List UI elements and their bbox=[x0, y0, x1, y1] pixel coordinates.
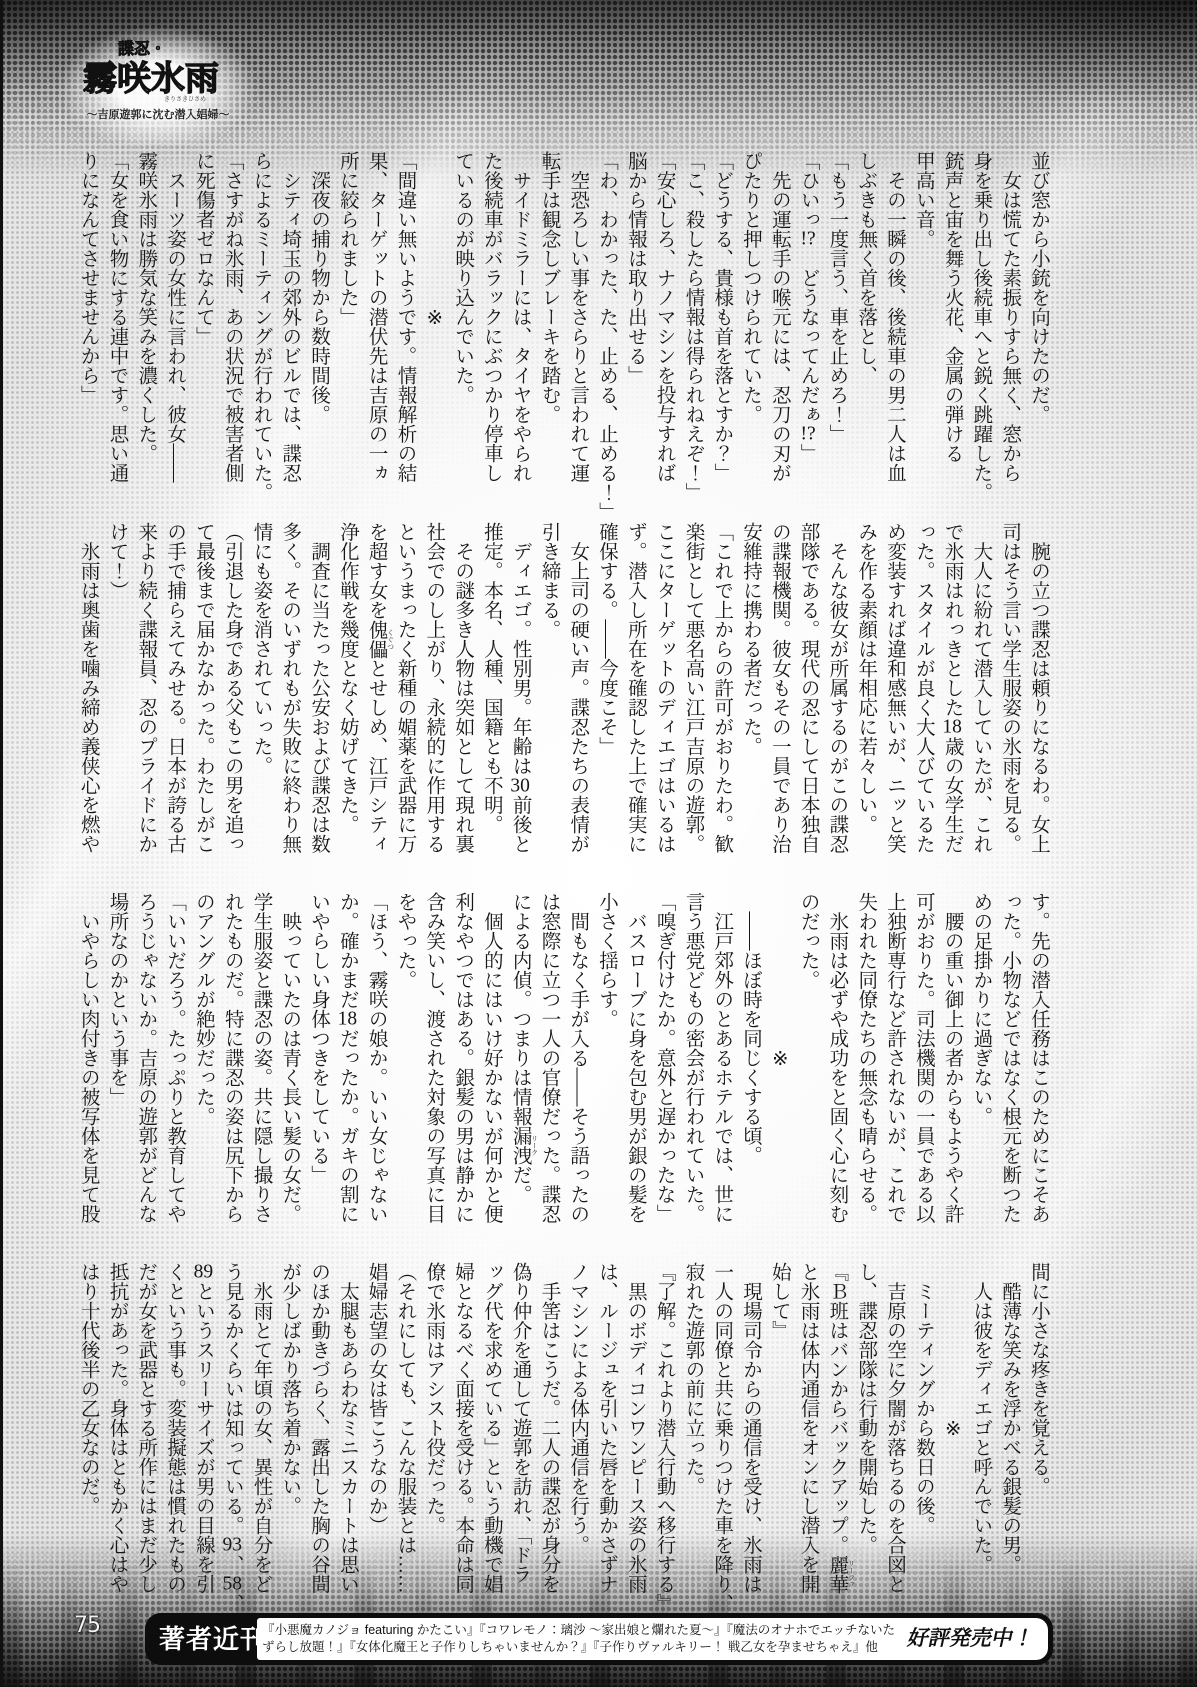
text-column: 「間違い無いようです。情報解析の結 bbox=[390, 151, 419, 483]
text-column: 先の運転手の喉元には、忍刀の刃が bbox=[764, 151, 793, 483]
text-column: サイドミラーには、タイヤをやられ bbox=[505, 151, 534, 483]
text-column: と氷雨は体内通信をオンにし潜入を開 bbox=[793, 1262, 822, 1594]
author-new-releases-banner: 著者近刊 『小悪魔カノジョ featuring かたこい』『コワレモノ：璃沙 ～… bbox=[145, 1613, 1053, 1665]
text-column: だが女を武器とする所作にはまだ少し bbox=[131, 1262, 160, 1594]
text-column: らによるミーティングが行われていた。 bbox=[246, 151, 275, 483]
text-column: 寂れた遊郭の前に立った。 bbox=[678, 1262, 707, 1594]
text-column: 氷雨とて年頃の女、異性が自分をど bbox=[246, 1262, 275, 1594]
text-column: （引退した身である父もこの男を追っ bbox=[217, 522, 246, 854]
text-column: 女上司の硬い声。諜忍たちの表情が bbox=[562, 522, 591, 854]
text-column: （それにしても、こんな服装とは…… bbox=[390, 1262, 419, 1594]
text-column: を超す女を傀儡くぐつとせしめ、江戸シティ bbox=[361, 522, 390, 854]
text-tier-4: 間に小さな疼きを覚える。 酷薄な笑みを浮かべる銀髪の男。 人は彼をディエゴと呼ん… bbox=[72, 1262, 1052, 1594]
text-column: 氷雨は必ずや成功をと固く心に刻む bbox=[822, 892, 851, 1224]
text-column: はり十代後半の乙女なのだ。 bbox=[73, 1262, 102, 1594]
text-column: 人は彼をディエゴと呼んでいた。 bbox=[966, 1262, 995, 1594]
text-column: 安維持に携わる者だった。 bbox=[735, 522, 764, 854]
text-column: 学生服姿と諜忍の姿。共に隠し撮りさ bbox=[246, 892, 275, 1224]
text-column: 甲高い音。 bbox=[908, 151, 937, 483]
text-column: ぴたりと押しつけられていた。 bbox=[735, 151, 764, 483]
text-column: めの足掛かりに過ぎない。 bbox=[966, 892, 995, 1224]
text-column: 言う悪党どもの密会が行われていた。 bbox=[678, 892, 707, 1224]
text-column: 江戸郊外のとあるホテルでは、世に bbox=[706, 892, 735, 1224]
promo-titles-box: 『小悪魔カノジョ featuring かたこい』『コワレモノ：璃沙 ～家出娘と爛… bbox=[257, 1618, 1048, 1660]
text-column: いやらしい肉付きの被写体を見て股 bbox=[73, 892, 102, 1224]
text-column: 確保する。――今度こそ」 bbox=[591, 522, 620, 854]
text-column: 楽街として悪名高い江戸吉原の遊郭。 bbox=[678, 522, 707, 854]
text-column: による内偵。つまりは情報漏洩リークだ。 bbox=[505, 892, 534, 1224]
text-column: 場所なのかという事を」 bbox=[102, 892, 131, 1224]
text-column: ろうじゃないか。吉原の遊郭がどんな bbox=[131, 892, 160, 1224]
text-column: 転手は観念しブレーキを踏む。 bbox=[534, 151, 563, 483]
text-column: 引き締まる。 bbox=[534, 522, 563, 854]
text-column: の諜報機関。彼女もその一員であり治 bbox=[764, 522, 793, 854]
text-column: シティ埼玉の郊外のビルでは、諜忍 bbox=[274, 151, 303, 483]
text-column: で氷雨はれっきとした18歳の女学生だ bbox=[937, 522, 966, 854]
text-column: 部隊である。現代の忍にして日本独自 bbox=[793, 522, 822, 854]
text-column: す。先の潜入任務はこのためにこそあ bbox=[1023, 892, 1052, 1224]
text-column: のアングルが絶妙だった。 bbox=[188, 892, 217, 1224]
text-column: 『Ｂ班はバンからバックアップ。麗華リーファ bbox=[822, 1262, 851, 1594]
text-column: が少しばかり落ち着かない。 bbox=[274, 1262, 303, 1594]
text-column: 氷雨は奥歯を噛み締め義侠心を燃や bbox=[73, 522, 102, 854]
text-column: 映っていたのは青く長い髪の女だ。 bbox=[274, 892, 303, 1224]
text-column: った。小物などではなく根元を断つた bbox=[994, 892, 1023, 1224]
promo-label: 著者近刊 bbox=[159, 1621, 267, 1657]
promo-titles-line-1: 『小悪魔カノジョ featuring かたこい』『コワレモノ：璃沙 ～家出娘と爛… bbox=[262, 1622, 895, 1639]
page-number: 75 bbox=[74, 1612, 100, 1640]
text-column: 脳から情報は取り出せる」 bbox=[620, 151, 649, 483]
text-column: スーツ姿の女性に言われ、彼女―― bbox=[159, 151, 188, 483]
section-break-mark: ※ bbox=[418, 151, 447, 483]
text-column: 「嗅ぎ付けたか。意外と遅かったな」 bbox=[649, 892, 678, 1224]
logo-series-prefix: 諜忍・ bbox=[118, 40, 166, 58]
text-tier-2: 腕の立つ諜忍は頼りになるわ。女上 司はそう言い学生服姿の氷雨を見る。 大人に紛れ… bbox=[72, 522, 1052, 854]
text-column: のだった。 bbox=[793, 892, 822, 1224]
text-column: ノマシンによる体内通信を行う。 bbox=[562, 1262, 591, 1594]
section-break-mark: ※ bbox=[937, 1262, 966, 1594]
text-column: けて！） bbox=[102, 522, 131, 854]
text-column: 太腿もあらわなミニスカートは思い bbox=[332, 1262, 361, 1594]
text-column: 「ひいっ!? どうなってんだぁ!?」 bbox=[793, 151, 822, 483]
text-column: 僚で氷雨はアシスト役だった。 bbox=[418, 1262, 447, 1594]
promo-titles: 『小悪魔カノジョ featuring かたこい』『コワレモノ：璃沙 ～家出娘と爛… bbox=[262, 1622, 895, 1656]
text-column: 「わ、わかった、た、止める、止める！」 bbox=[591, 151, 620, 483]
text-column: 個人的にはいけ好かないが何かと便 bbox=[476, 892, 505, 1224]
text-column: 「安心しろ、ナノマシンを投与すれば bbox=[649, 151, 678, 483]
text-column: 「これで上からの許可がおりたわ。歓 bbox=[706, 522, 735, 854]
text-column: 婦となるべく面接を受ける。本命は同 bbox=[447, 1262, 476, 1594]
text-column: 間に小さな疼きを覚える。 bbox=[1023, 1262, 1052, 1594]
text-column: 「どうする、貴様も首を落とすか？」 bbox=[706, 151, 735, 483]
text-column: りになんてさせませんから」 bbox=[73, 151, 102, 483]
text-column: は窓際に立つ一人の官僚だった。諜忍 bbox=[534, 892, 563, 1224]
text-column: 「女を食い物にする連中です。思い通 bbox=[102, 151, 131, 483]
text-column: 偽り仲介を通して遊郭を訪れ、「ドラ bbox=[505, 1262, 534, 1594]
text-column: 現場司令からの通信を受け、氷雨は bbox=[735, 1262, 764, 1594]
text-column: 「こ、殺したら情報は得られねえぞ！」 bbox=[678, 151, 707, 483]
text-column: 深夜の捕り物から数時間後。 bbox=[303, 151, 332, 483]
text-column: 含み笑いし、渡された対象の写真に目 bbox=[418, 892, 447, 1224]
text-column: 吉原の空に夕闇が落ちるのを合図と bbox=[879, 1262, 908, 1594]
text-column: みを作る素顔は年相応に若々しい。 bbox=[850, 522, 879, 854]
text-column: 「ほう、霧咲の娘か。いい女じゃない bbox=[361, 892, 390, 1224]
text-column: 大人に紛れて潜入していたが、これ bbox=[966, 522, 995, 854]
text-column: 失われた同僚たちの無念も晴らせる。 bbox=[850, 892, 879, 1224]
text-column: いやらしい身体つきをしている」 bbox=[303, 892, 332, 1224]
on-sale-now-label: 好評発売中！ bbox=[905, 1623, 1038, 1655]
text-column: 89というスリーサイズが男の目線を引 bbox=[188, 1262, 217, 1594]
text-column: 利なやつではある。銀髪の男は静かに bbox=[447, 892, 476, 1224]
text-column: ミーティングから数日の後。 bbox=[908, 1262, 937, 1594]
text-column: 並び窓から小銃を向けたのだ。 bbox=[1023, 151, 1052, 483]
text-column: 酷薄な笑みを浮かべる銀髪の男。 bbox=[994, 1262, 1023, 1594]
logo-title-ruby: きりさきひさめ bbox=[164, 97, 206, 103]
text-column: 司はそう言い学生服姿の氷雨を見る。 bbox=[994, 522, 1023, 854]
text-column: 『了解。これより潜入行動へ移行する』 bbox=[649, 1262, 678, 1594]
text-column: そんな彼女が所属するのがこの諜忍 bbox=[822, 522, 851, 854]
text-column: し、諜忍部隊は行動を開始した。 bbox=[850, 1262, 879, 1594]
text-column: 一人の同僚と共に乗りつけた車を降り、 bbox=[706, 1262, 735, 1594]
text-column: ディエゴ。性別男。年齢は30前後と bbox=[505, 522, 534, 854]
text-column: 所に絞られました」 bbox=[332, 151, 361, 483]
text-column: その一瞬の後、後続車の男二人は血 bbox=[879, 151, 908, 483]
text-column: 抵抗があった。身体はともかく心はや bbox=[102, 1262, 131, 1594]
text-column: というまったく新種の媚薬を武器に万 bbox=[390, 522, 419, 854]
text-column: う見るかくらいは知っている。93、58、 bbox=[217, 1262, 246, 1594]
logo-subtitle: ～吉原遊郭に沈む潜入娼婦～ bbox=[80, 108, 236, 122]
text-column: ここにターゲットのディエゴはいるは bbox=[649, 522, 678, 854]
text-column: 推定。本名、人種、国籍とも不明。 bbox=[476, 522, 505, 854]
text-column: 黒のボディコンワンピース姿の氷雨 bbox=[620, 1262, 649, 1594]
text-column: 情にも姿を消されていった。 bbox=[246, 522, 275, 854]
text-column: 空恐ろしい事をさらりと言われて運 bbox=[562, 151, 591, 483]
text-column: ているのが映り込んでいた。 bbox=[447, 151, 476, 483]
text-tier-1: 並び窓から小銃を向けたのだ。 女は慌てた素振りすら無く、窓から 身を乗り出し後続… bbox=[72, 151, 1052, 483]
text-column: 可がおりた。司法機関の一員である以 bbox=[908, 892, 937, 1224]
text-column: は、ルージュを引いた唇を動かさずナ bbox=[591, 1262, 620, 1594]
text-column: 来より続く諜報員、忍のプライドにか bbox=[131, 522, 160, 854]
text-column: か。確かまだ18だったか。ガキの割に bbox=[332, 892, 361, 1224]
text-column: 調査に当たった公安および諜忍は数 bbox=[303, 522, 332, 854]
text-column: 女は慌てた素振りすら無く、窓から bbox=[994, 151, 1023, 483]
text-column: 「もう一度言う、車を止めろ！」 bbox=[822, 151, 851, 483]
text-column: をやった。 bbox=[390, 892, 419, 1224]
text-column: 「さすがね氷雨、あの状況で被害者側 bbox=[217, 151, 246, 483]
text-column: 腰の重い御上の者からもようやく許 bbox=[937, 892, 966, 1224]
text-column: ず。潜入し所在を確認した上で確実に bbox=[620, 522, 649, 854]
text-column: 社会でのし上がり、永続的に作用する bbox=[418, 522, 447, 854]
text-column: て最後まで届かなかった。わたしがこ bbox=[188, 522, 217, 854]
logo-title: 霧咲氷雨 bbox=[83, 60, 219, 98]
text-column: 上独断専行など許されないが、これで bbox=[879, 892, 908, 1224]
section-break-mark: ※ bbox=[764, 892, 793, 1224]
text-column: のほか動きづらく、露出した胸の谷間 bbox=[303, 1262, 332, 1594]
text-column: の手で捕らえてみせる。日本が誇る古 bbox=[159, 522, 188, 854]
text-column: ッグ代を求めている」という動機で娼 bbox=[476, 1262, 505, 1594]
page-left-edge bbox=[0, 0, 3, 1687]
text-column: しぶきも無く首を落とし、 bbox=[850, 151, 879, 483]
text-tier-3: す。先の潜入任務はこのためにこそあ った。小物などではなく根元を断つた めの足掛… bbox=[72, 892, 1052, 1224]
text-column: ――ほぼ時を同じくする頃。 bbox=[735, 892, 764, 1224]
text-column: 始して』 bbox=[764, 1262, 793, 1594]
text-column: れたものだ。特に諜忍の姿は尻下から bbox=[217, 892, 246, 1224]
text-column: 果、ターゲットの潜伏先は吉原の一ヵ bbox=[361, 151, 390, 483]
text-column: 「いいだろう。たっぷりと教育してや bbox=[159, 892, 188, 1224]
text-column: 身を乗り出し後続車へと鋭く跳躍した。 bbox=[966, 151, 995, 483]
text-column: 浄化作戦を幾度となく妨げてきた。 bbox=[332, 522, 361, 854]
text-column: 腕の立つ諜忍は頼りになるわ。女上 bbox=[1023, 522, 1052, 854]
text-column: その謎多き人物は突如として現れ裏 bbox=[447, 522, 476, 854]
text-column: に死傷者ゼロなんて」 bbox=[188, 151, 217, 483]
text-column: 間もなく手が入る――そう語ったの bbox=[562, 892, 591, 1224]
text-column: 手筈はこうだ。二人の諜忍が身分を bbox=[534, 1262, 563, 1594]
text-column: った。スタイルが良く大人びているた bbox=[908, 522, 937, 854]
text-column: め変装すれば違和感無いが、ニッと笑 bbox=[879, 522, 908, 854]
series-logo: 諜忍・ 霧咲氷雨 きりさきひさめ ～吉原遊郭に沈む潜入娼婦～ bbox=[80, 36, 236, 128]
text-column: くという事も。変装擬態は慣れたもの bbox=[159, 1262, 188, 1594]
text-column: バスローブに身を包む男が銀の髪を bbox=[620, 892, 649, 1224]
promo-titles-line-2: ずらし放題！』『女体化魔王と子作りしちゃいませんか？』『子作りヴァルキリー！ 戦… bbox=[262, 1639, 895, 1656]
text-column: 小さく揺らす。 bbox=[591, 892, 620, 1224]
text-column: 娼婦志望の女は皆こうなのか） bbox=[361, 1262, 390, 1594]
text-column: 霧咲氷雨は勝気な笑みを濃くした。 bbox=[131, 151, 160, 483]
text-column: 多く。そのいずれもが失敗に終わり無 bbox=[274, 522, 303, 854]
text-column: 銃声と宙を舞う火花、金属の弾ける bbox=[937, 151, 966, 483]
text-column: た後続車がバラックにぶつかり停車し bbox=[476, 151, 505, 483]
